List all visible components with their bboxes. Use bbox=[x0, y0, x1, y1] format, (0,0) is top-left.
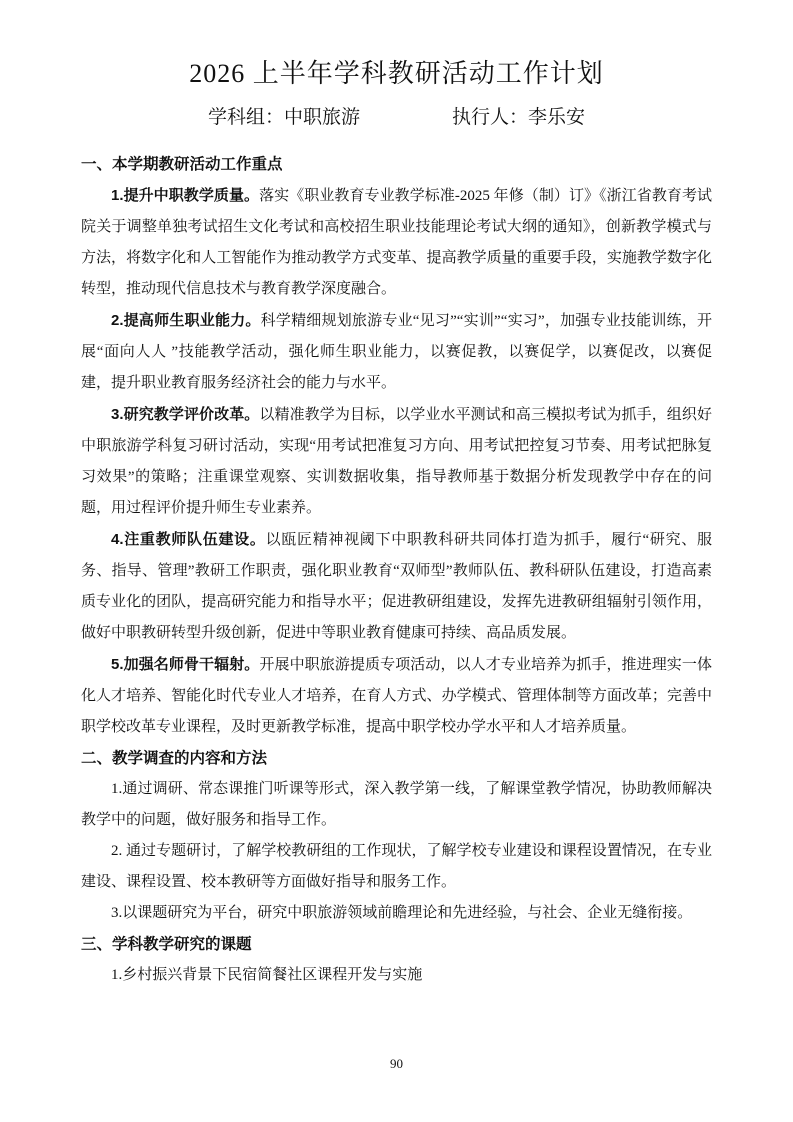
paragraph: 1.乡村振兴背景下民宿简餐社区课程开发与实施 bbox=[81, 960, 712, 991]
paragraph: 2. 通过专题研讨，了解学校教研组的工作现状，了解学校专业建设和课程设置情况，在… bbox=[81, 836, 712, 898]
section-heading-1: 一、本学期教研活动工作重点 bbox=[81, 149, 712, 180]
subject-group: 学科组：中职旅游 bbox=[208, 104, 360, 132]
paragraph-text: 3.以课题研究为平台，研究中职旅游领域前瞻理论和先进经验，与社会、企业无缝衔接。 bbox=[111, 905, 692, 921]
paragraph-lead: 4.注重教师队伍建设。 bbox=[111, 531, 266, 548]
paragraph: 4.注重教师队伍建设。以瓯匠精神视阈下中职教科研共同体打造为抓手，履行“研究、服… bbox=[81, 524, 712, 649]
paragraph: 2.提高师生职业能力。科学精细规划旅游专业“见习”“实训”“实习”，加强专业技能… bbox=[81, 305, 712, 399]
paragraph-lead: 3.研究教学评价改革。 bbox=[111, 406, 259, 423]
paragraph-text: 1.通过调研、常态课推门听课等形式，深入教学第一线，了解课堂教学情况，协助教师解… bbox=[81, 781, 712, 828]
paragraph-lead: 5.加强名师骨干辐射。 bbox=[111, 656, 259, 673]
section-heading-3: 三、学科教学研究的课题 bbox=[81, 929, 712, 960]
paragraph: 3.以课题研究为平台，研究中职旅游领域前瞻理论和先进经验，与社会、企业无缝衔接。 bbox=[81, 898, 712, 929]
paragraph: 3.研究教学评价改革。以精准教学为目标，以学业水平测试和高三模拟考试为抓手，组织… bbox=[81, 399, 712, 524]
paragraph-lead: 2.提高师生职业能力。 bbox=[111, 312, 261, 329]
page-title: 2026 上半年学科教研活动工作计划 bbox=[81, 56, 712, 92]
section-heading-2: 二、教学调查的内容和方法 bbox=[81, 743, 712, 774]
paragraph-lead: 1.提升中职教学质量。 bbox=[111, 187, 259, 204]
paragraph: 1.提升中职教学质量。落实《职业教育专业教学标准-2025 年修（制）订》《浙江… bbox=[81, 180, 712, 305]
paragraph-text: 2. 通过专题研讨，了解学校教研组的工作现状，了解学校专业建设和课程设置情况，在… bbox=[81, 843, 712, 890]
paragraph-text: 以瓯匠精神视阈下中职教科研共同体打造为抓手，履行“研究、服务、指导、管理”教研工… bbox=[81, 532, 712, 641]
document-page: 2026 上半年学科教研活动工作计划 学科组：中职旅游 执行人：李乐安 一、本学… bbox=[0, 0, 793, 1122]
page-number: 90 bbox=[0, 1056, 793, 1072]
paragraph: 1.通过调研、常态课推门听课等形式，深入教学第一线，了解课堂教学情况，协助教师解… bbox=[81, 774, 712, 836]
paragraph-text: 落实《职业教育专业教学标准-2025 年修（制）订》《浙江省教育考试院关于调整单… bbox=[81, 188, 712, 297]
paragraph-text: 以精准教学为目标，以学业水平测试和高三模拟考试为抓手，组织好中职旅游学科复习研讨… bbox=[81, 407, 712, 516]
paragraph: 5.加强名师骨干辐射。开展中职旅游提质专项活动，以人才专业培养为抓手，推进理实一… bbox=[81, 649, 712, 743]
document-body: 一、本学期教研活动工作重点 1.提升中职教学质量。落实《职业教育专业教学标准-2… bbox=[81, 149, 712, 991]
paragraph-text: 1.乡村振兴背景下民宿简餐社区课程开发与实施 bbox=[111, 967, 422, 983]
executor: 执行人：李乐安 bbox=[452, 104, 585, 132]
subtitle-row: 学科组：中职旅游 执行人：李乐安 bbox=[81, 104, 712, 132]
